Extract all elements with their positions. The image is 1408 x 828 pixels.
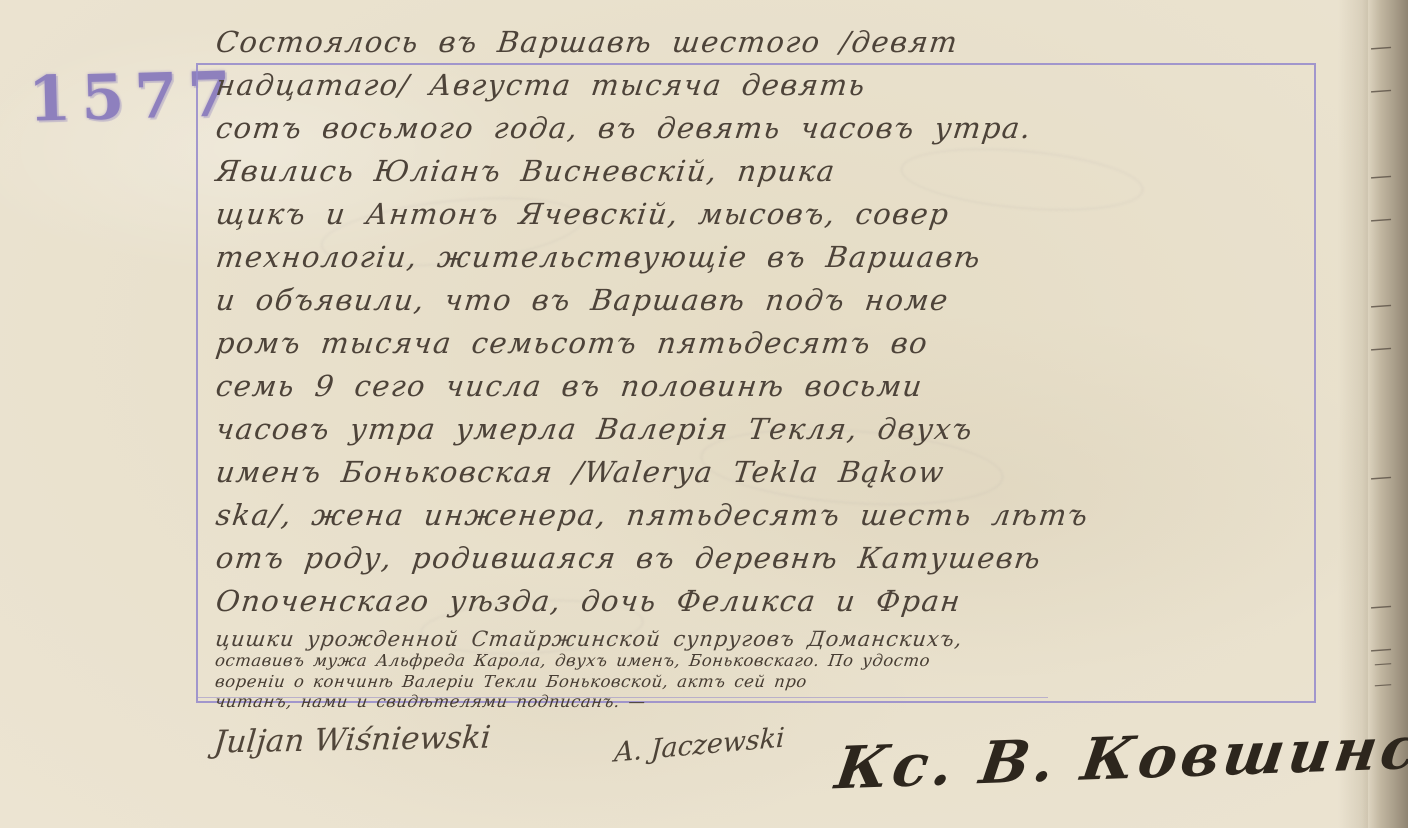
- handwriting-line: Состоялось въ Варшавѣ шестого /девят—: [214, 25, 1392, 59]
- record-border-frame: [196, 63, 1316, 703]
- handwriting-line-text: Состоялось въ Варшавѣ шестого /девят: [214, 25, 961, 59]
- registrar-signature: Кс. В. Ковшинскій: [831, 710, 1408, 803]
- page-edge-shadow: [1362, 0, 1408, 828]
- witness-signature-wisniewski: Juljan Wiśniewski: [212, 720, 492, 761]
- record-border-bottom-rule: [198, 697, 1048, 698]
- witness-signature-jaczewski: A. Jaczewski: [614, 722, 786, 768]
- scanned-record-page: 1577 Состоялось въ Варшавѣ шестого /девя…: [0, 0, 1408, 828]
